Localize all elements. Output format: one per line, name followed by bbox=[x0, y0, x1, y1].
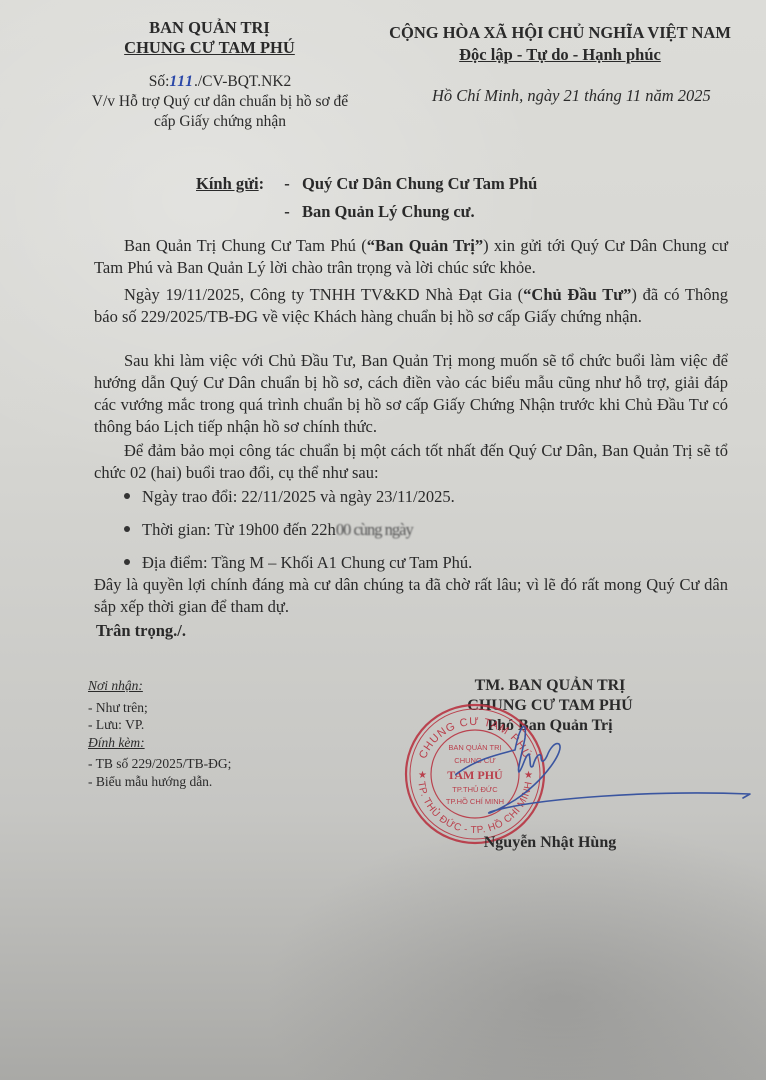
svg-text:★: ★ bbox=[418, 770, 427, 781]
bullet-icon bbox=[124, 559, 130, 565]
list-item: Thời gian: Từ 19h00 đến 22h00 cùng ngày bbox=[124, 519, 472, 541]
closing: Trân trọng./. bbox=[96, 621, 186, 641]
nation-title: CỘNG HÒA XÃ HỘI CHỦ NGHĨA VIỆT NAM bbox=[360, 22, 760, 44]
paragraph-notice: Ngày 19/11/2025, Công ty TNHH TV&KD Nhà … bbox=[94, 284, 728, 328]
motto: Độc lập - Tự do - Hạnh phúc bbox=[360, 44, 760, 66]
schedule-list: Ngày trao đổi: 22/11/2025 và ngày 23/11/… bbox=[124, 486, 472, 585]
recipient-row: Kính gửi:-Quý Cư Dân Chung Cư Tam Phú bbox=[196, 170, 537, 198]
org-name-line1: BAN QUẢN TRỊ bbox=[82, 18, 337, 38]
handwritten-number: 111 bbox=[169, 73, 194, 90]
national-header: CỘNG HÒA XÃ HỘI CHỦ NGHĨA VIỆT NAM Độc l… bbox=[360, 22, 760, 66]
distribution-heading: Nơi nhận: bbox=[88, 677, 231, 695]
document-subject: V/v Hỗ trợ Quý cư dân chuẩn bị hồ sơ để … bbox=[60, 92, 380, 132]
bullet-icon bbox=[124, 526, 130, 532]
recipient-item: Quý Cư Dân Chung Cư Tam Phú bbox=[302, 174, 537, 193]
list-item: Ngày trao đổi: 22/11/2025 và ngày 23/11/… bbox=[124, 486, 472, 508]
obscured-text: 00 cùng ngày bbox=[336, 519, 413, 541]
document-date: Hồ Chí Minh, ngày 21 tháng 11 năm 2025 bbox=[432, 86, 752, 106]
document-number: Số:111./CV-BQT.NK2 bbox=[60, 72, 380, 92]
document-page: BAN QUẢN TRỊ CHUNG CƯ TAM PHÚ Số:111./CV… bbox=[0, 0, 766, 1080]
handwritten-signature-icon bbox=[455, 720, 755, 830]
recipient-row: -Ban Quản Lý Chung cư. bbox=[196, 198, 537, 226]
list-item: Địa điểm: Tầng M – Khối A1 Chung cư Tam … bbox=[124, 552, 472, 574]
org-name-line2: CHUNG CƯ TAM PHÚ bbox=[82, 38, 337, 58]
organization-header: BAN QUẢN TRỊ CHUNG CƯ TAM PHÚ bbox=[82, 18, 337, 58]
bullet-icon bbox=[124, 493, 130, 499]
recipients: Kính gửi:-Quý Cư Dân Chung Cư Tam Phú -B… bbox=[196, 170, 537, 226]
paragraph-schedule-intro: Để đảm bảo mọi công tác chuẩn bị một các… bbox=[94, 440, 728, 484]
paragraph-greeting: Ban Quản Trị Chung Cư Tam Phú (“Ban Quản… bbox=[94, 235, 728, 279]
recipient-item: Ban Quản Lý Chung cư. bbox=[302, 202, 475, 221]
attachments-heading: Đính kèm: bbox=[88, 734, 231, 752]
paragraph-purpose: Sau khi làm việc với Chủ Đầu Tư, Ban Quả… bbox=[94, 350, 728, 438]
distribution-list: Nơi nhận: - Như trên; - Lưu: VP. Đính kè… bbox=[88, 677, 231, 790]
recipients-label: Kính gửi bbox=[196, 174, 259, 193]
signer-name: Nguyễn Nhật Hùng bbox=[430, 834, 670, 852]
paragraph-closing-remark: Đây là quyền lợi chính đáng mà cư dân ch… bbox=[94, 574, 728, 618]
